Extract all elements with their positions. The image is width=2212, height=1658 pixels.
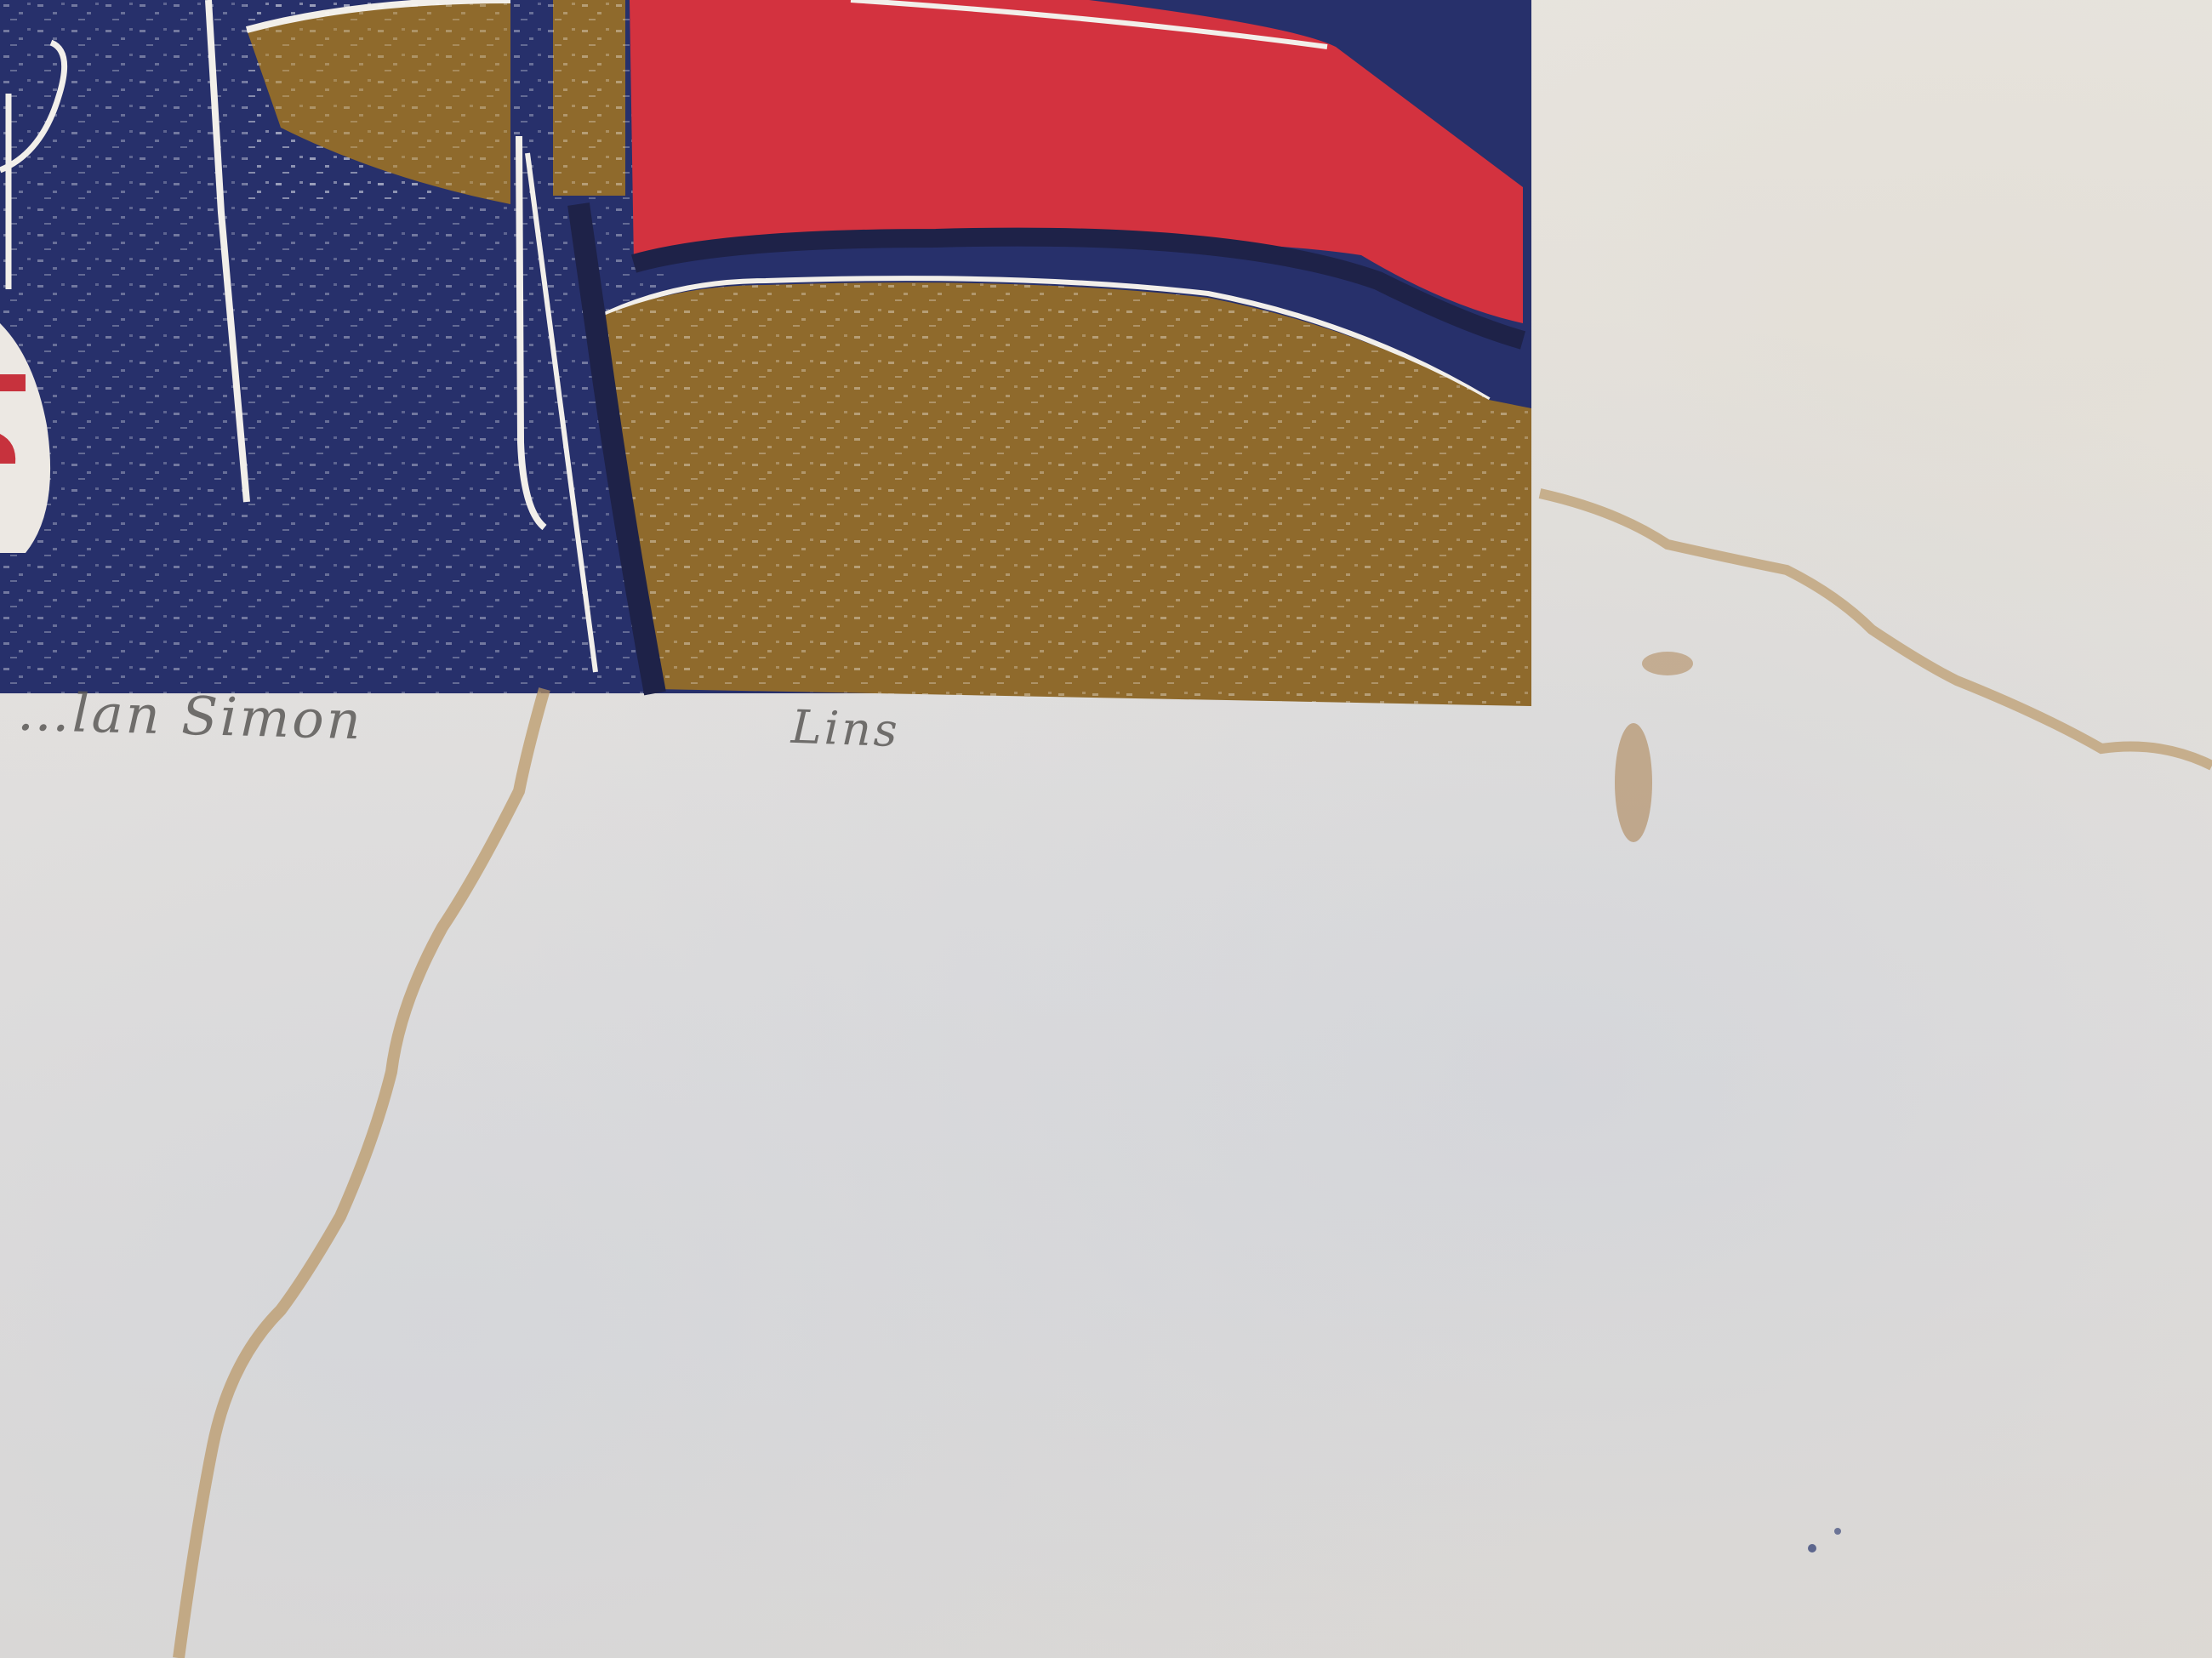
pencil-annotation: Lins xyxy=(790,700,901,757)
woodblock-print xyxy=(0,0,1531,706)
pencil-signature: …lan Simon xyxy=(16,681,364,752)
print-image xyxy=(0,0,1531,706)
